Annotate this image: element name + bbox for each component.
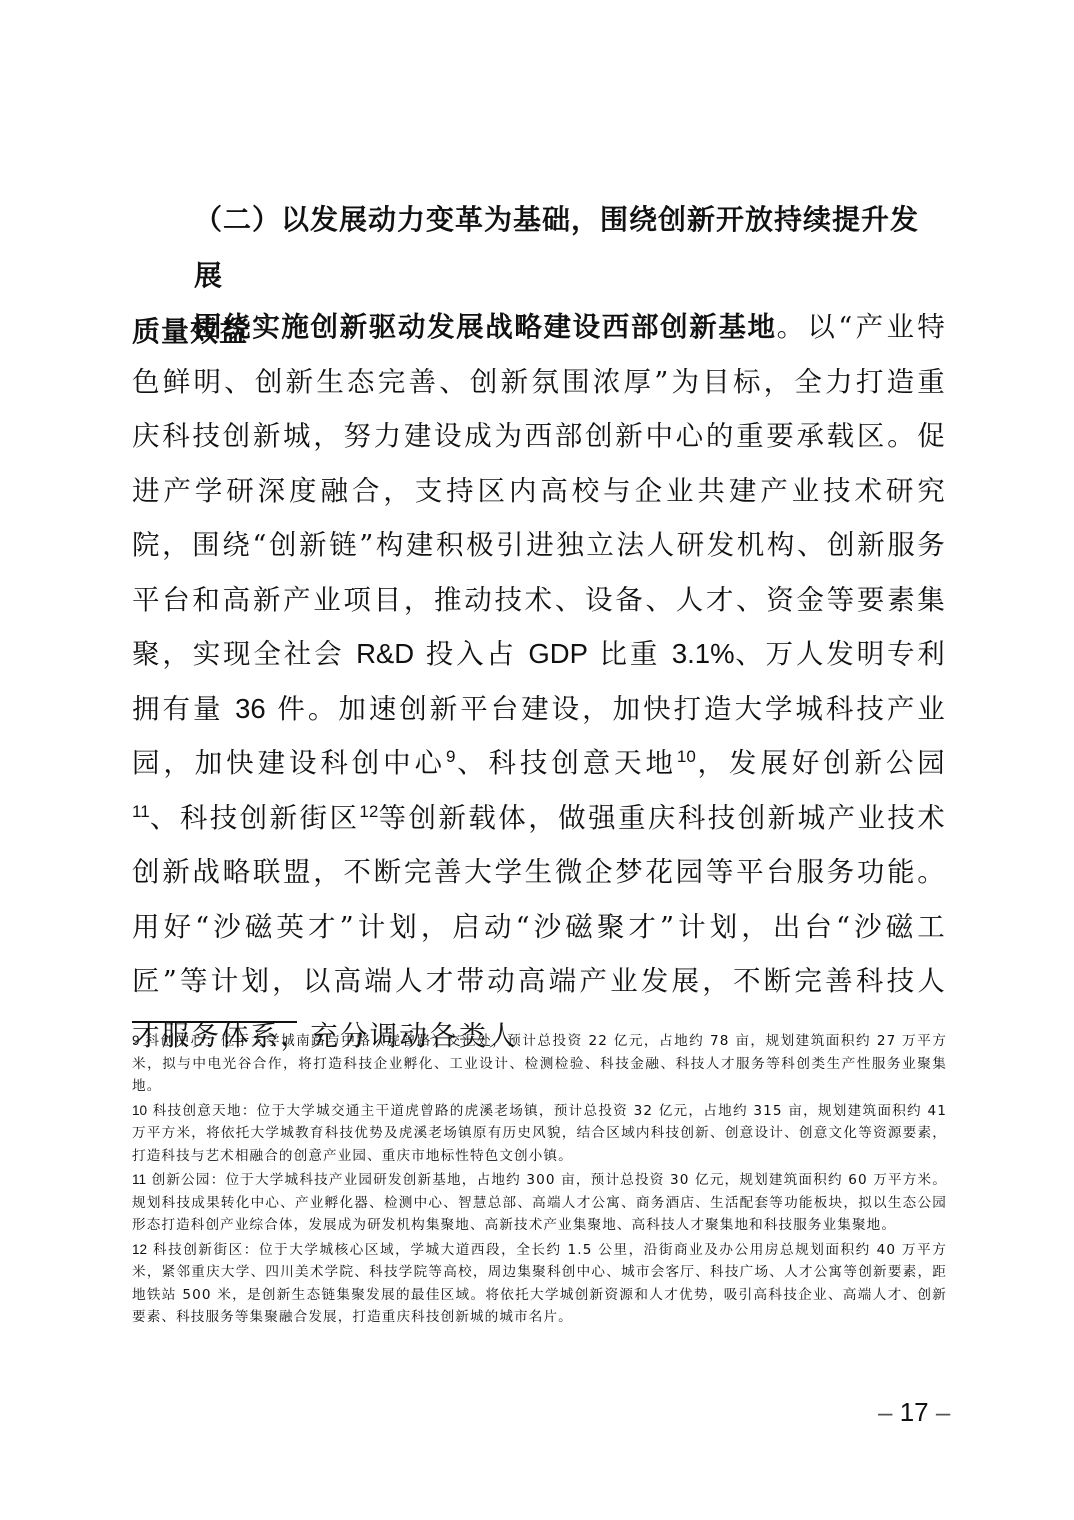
document-page: （二）以发展动力变革为基础，围绕创新开放持续提升发展 质量效益 围绕实施创新驱动… <box>0 0 1074 1520</box>
footnotes: 9 科创中心：位于大学城南路与中路（虎曾路）交汇处，预计总投资 22 亿元，占地… <box>132 1030 947 1331</box>
footnote-11: 11 创新公园：位于大学城科技产业园研发创新基地，占地约 300 亩，预计总投资… <box>132 1169 947 1237</box>
rd-ratio-value: 3.1% <box>672 638 735 669</box>
section-heading-line1: （二）以发展动力变革为基础，围绕创新开放持续提升发展 <box>132 192 947 304</box>
patent-count-value: 36 <box>235 693 266 724</box>
paragraph: 围绕实施创新驱动发展战略建设西部创新基地。以“产业特色鲜明、创新生态完善、创新氛… <box>132 300 947 1063</box>
footnote-ref-11[interactable]: 11 <box>132 801 150 820</box>
footnote-separator <box>132 1021 297 1023</box>
rd-term: R&D <box>356 638 414 669</box>
paragraph-lead: 围绕实施创新驱动发展战略建设西部创新基地 <box>194 311 777 343</box>
footnote-ref-10[interactable]: 10 <box>677 747 696 766</box>
page-number: – 17 – <box>878 1397 950 1428</box>
gdp-term: GDP <box>528 638 588 669</box>
footnote-ref-12[interactable]: 12 <box>359 801 378 820</box>
footnote-10: 10 科技创意天地：位于大学城交通主干道虎曾路的虎溪老场镇，预计总投资 32 亿… <box>132 1100 947 1168</box>
footnote-9: 9 科创中心：位于大学城南路与中路（虎曾路）交汇处，预计总投资 22 亿元，占地… <box>132 1030 947 1098</box>
body-paragraph: 围绕实施创新驱动发展战略建设西部创新基地。以“产业特色鲜明、创新生态完善、创新氛… <box>132 300 947 1063</box>
footnote-12: 12 科技创新街区：位于大学城核心区域，学城大道西段，全长约 1.5 公里，沿街… <box>132 1239 947 1329</box>
